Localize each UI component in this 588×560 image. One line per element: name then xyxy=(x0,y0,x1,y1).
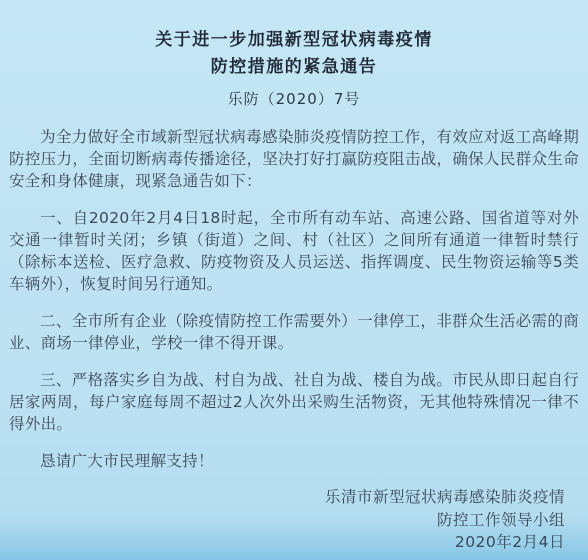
notice-page: 关于进一步加强新型冠状病毒疫情 防控措施的紧急通告 乐防（2020）7号 为全力… xyxy=(0,0,588,560)
notice-closing: 恳请广大市民理解支持！ xyxy=(9,450,579,472)
signature-block: 乐清市新型冠状病毒感染肺炎疫情 防控工作领导小组 2020年2月4日 xyxy=(9,486,579,554)
notice-paragraph-item1: 一、自2020年2月4日18时起，全市所有动车站、高速公路、国省道等对外交通一律… xyxy=(9,207,579,295)
notice-paragraph-item2: 二、全市所有企业（除疫情防控工作需要外）一律停工，非群众生活必需的商业、商场一律… xyxy=(9,310,579,354)
signature-line1: 乐清市新型冠状病毒感染肺炎疫情 xyxy=(9,486,565,509)
notice-title: 关于进一步加强新型冠状病毒疫情 防控措施的紧急通告 xyxy=(9,27,579,81)
notice-paragraph-item3: 三、严格落实乡自为战、村自为战、社自为战、楼自为战。市民从即日起自行居家两周，每… xyxy=(9,369,579,435)
signature-line2: 防控工作领导小组 xyxy=(9,509,565,532)
notice-title-line2: 防控措施的紧急通告 xyxy=(9,54,579,81)
doc-number: 乐防（2020）7号 xyxy=(9,88,579,110)
notice-title-line1: 关于进一步加强新型冠状病毒疫情 xyxy=(9,27,579,54)
signature-date: 2020年2月4日 xyxy=(9,531,565,554)
notice-paragraph-intro: 为全力做好全市域新型冠状病毒感染肺炎疫情防控工作，有效应对返工高峰期防控压力，全… xyxy=(9,126,579,192)
